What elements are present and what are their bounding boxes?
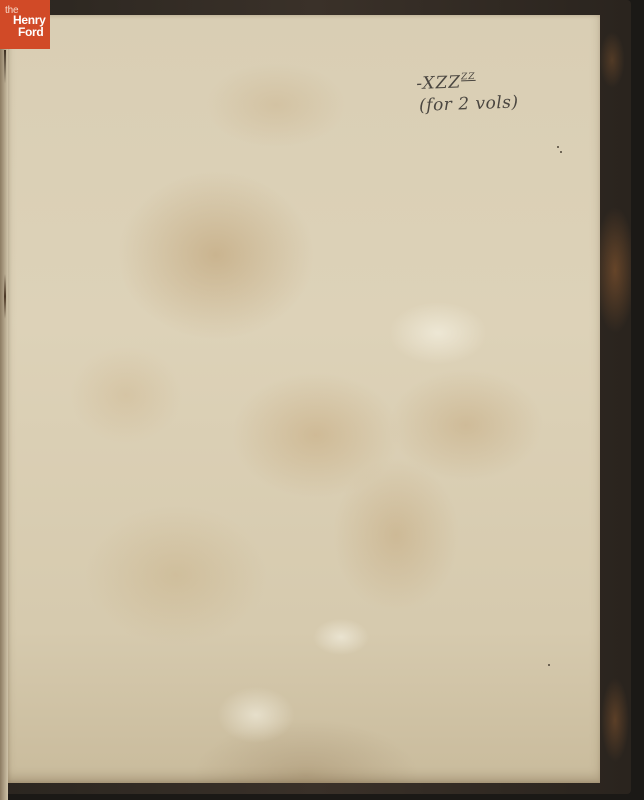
stained-endpaper [6, 15, 600, 783]
pencil-speck [560, 151, 562, 153]
logo-ford: Ford [18, 26, 50, 38]
spine-marks [4, 50, 6, 610]
annotation-volume-note: (for 2 vols) [419, 92, 519, 115]
pencil-speck [557, 146, 559, 148]
archival-scan: the Henry Ford -XZZZZ (for 2 vols) [0, 0, 644, 800]
handwritten-annotation: -XZZZZ (for 2 vols) [416, 70, 519, 116]
annotation-code-main: -XZZ [416, 72, 462, 94]
the-henry-ford-logo[interactable]: the Henry Ford [0, 0, 50, 49]
paper-speck [548, 664, 550, 666]
annotation-price-code: -XZZZZ [416, 70, 518, 94]
annotation-code-super: ZZ [461, 72, 476, 83]
